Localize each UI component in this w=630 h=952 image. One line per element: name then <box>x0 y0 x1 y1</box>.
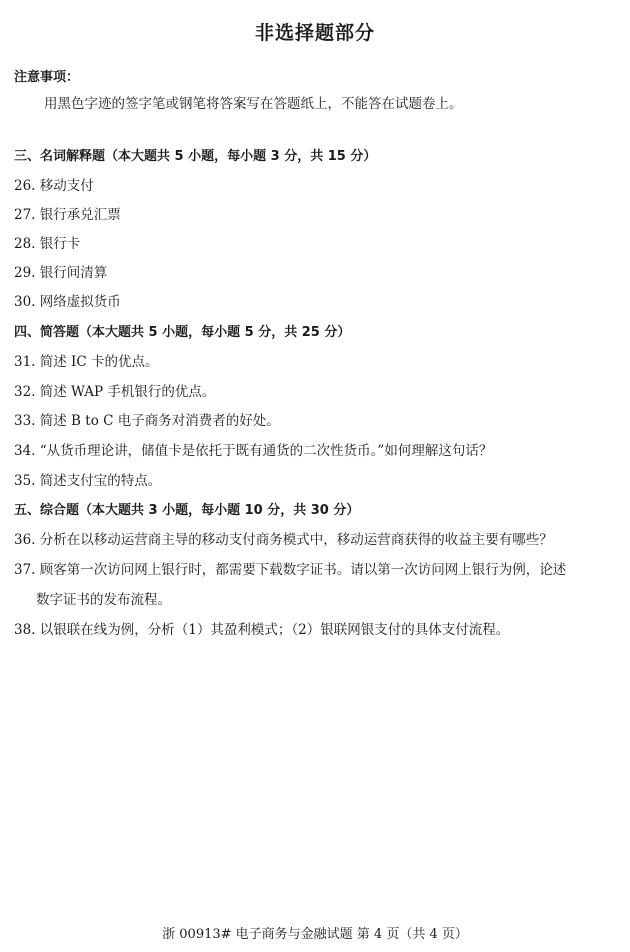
question-30: 30. 网络虚拟货币 <box>14 290 121 310</box>
question-27: 27. 银行承兑汇票 <box>14 203 121 223</box>
question-28: 28. 银行卡 <box>14 232 80 252</box>
question-33: 33. 简述 B to C 电子商务对消费者的好处。 <box>14 409 280 429</box>
question-36: 36. 分析在以移动运营商主导的移动支付商务模式中，移动运营商获得的收益主要有哪… <box>14 528 553 548</box>
question-32: 32. 简述 WAP 手机银行的优点。 <box>14 380 215 400</box>
section-heading-comprehensive: 五、综合题（本大题共 3 小题，每小题 10 分，共 30 分） <box>14 499 359 518</box>
notice-heading: 注意事项： <box>14 66 79 85</box>
page-title: 非选择题部分 <box>0 18 630 45</box>
question-37-continued: 数字证书的发布流程。 <box>36 588 171 608</box>
section-heading-short-answer: 四、简答题（本大题共 5 小题，每小题 5 分，共 25 分） <box>14 321 350 340</box>
question-37: 37. 顾客第一次访问网上银行时，都需要下载数字证书。请以第一次访问网上银行为例… <box>14 558 566 578</box>
section-heading-terms: 三、名词解释题（本大题共 5 小题，每小题 3 分，共 15 分） <box>14 145 376 164</box>
question-35: 35. 简述支付宝的特点。 <box>14 469 161 489</box>
question-26: 26. 移动支付 <box>14 174 94 194</box>
question-31: 31. 简述 IC 卡的优点。 <box>14 350 159 370</box>
question-34: 34. “从货币理论讲，储值卡是依托于既有通货的二次性货币。”如何理解这句话？ <box>14 439 492 459</box>
notice-text: 用黑色字迹的签字笔或钢笔将答案写在答题纸上，不能答在试题卷上。 <box>44 92 463 112</box>
question-29: 29. 银行间清算 <box>14 261 107 281</box>
page-footer: 浙 00913# 电子商务与金融试题 第 4 页（共 4 页） <box>0 923 630 942</box>
question-38: 38. 以银联在线为例，分析（1）其盈利模式；（2）银联网银支付的具体支付流程。 <box>14 618 509 638</box>
